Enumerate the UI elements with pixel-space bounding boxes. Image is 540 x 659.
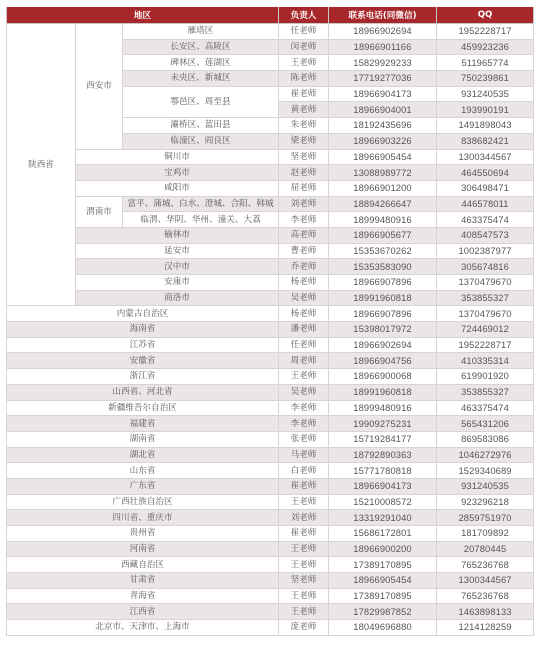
table-row: 广西壮族自治区王老师15210008572923296218 (7, 494, 534, 510)
contact-person-cell: 乔老师 (279, 259, 329, 275)
contact-person-cell: 王老师 (279, 494, 329, 510)
table-row: 浙江省王老师18966900068619901920 (7, 369, 534, 385)
contact-person-cell: 闵老师 (279, 39, 329, 55)
city-cell: 西安市 (76, 24, 123, 150)
phone-cell: 18966905454 (329, 149, 437, 165)
region-cell: 湖南省 (7, 431, 279, 447)
phone-cell: 17719277036 (329, 71, 437, 87)
region-cell: 安徽省 (7, 353, 279, 369)
contact-person-cell: 高老师 (279, 227, 329, 243)
table-row: 甘肃省坚老师189669054541300344567 (7, 573, 534, 589)
region-cell: 河南省 (7, 541, 279, 557)
contact-person-cell: 马老师 (279, 447, 329, 463)
table-row: 陕西省西安市雁塔区任老师189669026941952228717 (7, 24, 534, 40)
qq-cell: 1491898043 (437, 118, 534, 134)
district-cell: 临潼区、阎良区 (123, 133, 279, 149)
qq-cell: 1370479670 (437, 275, 534, 291)
contact-person-cell: 坚老师 (279, 149, 329, 165)
region-cell: 内蒙古自治区 (7, 306, 279, 322)
contact-person-cell: 屈老师 (279, 180, 329, 196)
table-row: 贵州省崔老师15686172801181709892 (7, 526, 534, 542)
phone-cell: 18966902694 (329, 337, 437, 353)
qq-cell: 353855327 (437, 290, 534, 306)
city-cell: 汉中市 (76, 259, 279, 275)
phone-cell: 13088989772 (329, 165, 437, 181)
qq-cell: 869583086 (437, 431, 534, 447)
phone-cell: 15719284177 (329, 431, 437, 447)
region-cell: 新疆维吾尔自治区 (7, 400, 279, 416)
city-cell: 商洛市 (76, 290, 279, 306)
phone-cell: 18966904173 (329, 478, 437, 494)
region-cell: 海南省 (7, 322, 279, 338)
contact-person-cell: 王老师 (279, 588, 329, 604)
phone-cell: 15210008572 (329, 494, 437, 510)
phone-cell: 18966907896 (329, 275, 437, 291)
contact-person-cell: 李老师 (279, 400, 329, 416)
district-cell: 灞桥区、蓝田县 (123, 118, 279, 134)
qq-cell: 565431206 (437, 416, 534, 432)
region-cell: 广西壮族自治区 (7, 494, 279, 510)
contact-person-cell: 曹老师 (279, 243, 329, 259)
province-cell: 陕西省 (7, 24, 76, 306)
phone-cell: 15353670262 (329, 243, 437, 259)
phone-cell: 18999480916 (329, 400, 437, 416)
qq-cell: 619901920 (437, 369, 534, 385)
phone-cell: 15398017972 (329, 322, 437, 338)
header-qq: QQ (437, 7, 534, 24)
contact-person-cell: 坚老师 (279, 573, 329, 589)
district-cell: 碑林区、莲湖区 (123, 55, 279, 71)
phone-cell: 15353583090 (329, 259, 437, 275)
qq-cell: 408547573 (437, 227, 534, 243)
contact-person-cell: 白老师 (279, 463, 329, 479)
table-row: 江西省王老师178299878521463898133 (7, 604, 534, 620)
qq-cell: 1046272976 (437, 447, 534, 463)
contact-person-cell: 王老师 (279, 369, 329, 385)
table-row: 安康市杨老师189669078961370479670 (7, 275, 534, 291)
contact-person-cell: 刘老师 (279, 196, 329, 212)
qq-cell: 1463898133 (437, 604, 534, 620)
qq-cell: 765236768 (437, 557, 534, 573)
table-row: 汉中市乔老师15353583090305674816 (7, 259, 534, 275)
qq-cell: 931240535 (437, 478, 534, 494)
qq-cell: 923296218 (437, 494, 534, 510)
phone-cell: 19909275231 (329, 416, 437, 432)
header-phone: 联系电话(同微信) (329, 7, 437, 24)
table-row: 西藏自治区王老师17389170895765236768 (7, 557, 534, 573)
contact-person-cell: 吴老师 (279, 290, 329, 306)
table-row: 河南省王老师1896690020020780445 (7, 541, 534, 557)
qq-cell: 1300344567 (437, 573, 534, 589)
table-row: 青海省王老师17389170895765236768 (7, 588, 534, 604)
district-cell: 雁塔区 (123, 24, 279, 40)
region-cell: 甘肃省 (7, 573, 279, 589)
table-row: 安徽省周老师18966904756410335314 (7, 353, 534, 369)
phone-cell: 18049696880 (329, 620, 437, 636)
phone-cell: 15829929233 (329, 55, 437, 71)
contact-person-cell: 崔老师 (279, 478, 329, 494)
contact-person-cell: 潘老师 (279, 322, 329, 338)
contact-person-cell: 陈老师 (279, 71, 329, 87)
contact-person-cell: 梁老师 (279, 133, 329, 149)
qq-cell: 20780445 (437, 541, 534, 557)
table-row: 四川省、重庆市刘老师133192910402859751970 (7, 510, 534, 526)
contact-person-cell: 朱老师 (279, 118, 329, 134)
table-row: 福建省李老师19909275231565431206 (7, 416, 534, 432)
phone-cell: 18966905677 (329, 227, 437, 243)
contact-person-cell: 王老师 (279, 541, 329, 557)
phone-cell: 15771780818 (329, 463, 437, 479)
qq-cell: 410335314 (437, 353, 534, 369)
qq-cell: 193990191 (437, 102, 534, 118)
phone-cell: 18966901166 (329, 39, 437, 55)
qq-cell: 1952228717 (437, 337, 534, 353)
qq-cell: 511965774 (437, 55, 534, 71)
phone-cell: 18966901200 (329, 180, 437, 196)
table-row: 北京市、天津市、上海市庞老师180496968801214128259 (7, 620, 534, 636)
table-row: 渭南市富平、蒲城、白水、澄城、合阳、韩城刘老师18894266647446578… (7, 196, 534, 212)
contact-person-cell: 张老师 (279, 431, 329, 447)
district-cell: 长安区、高陵区 (123, 39, 279, 55)
contact-person-cell: 王老师 (279, 557, 329, 573)
table-row: 海南省潘老师15398017972724469012 (7, 322, 534, 338)
contact-person-cell: 黄老师 (279, 102, 329, 118)
district-cell: 临渭、华阴、华州、潼关、大荔 (123, 212, 279, 228)
contact-person-cell: 刘老师 (279, 510, 329, 526)
region-cell: 江西省 (7, 604, 279, 620)
region-cell: 西藏自治区 (7, 557, 279, 573)
city-cell: 宝鸡市 (76, 165, 279, 181)
contact-person-cell: 李老师 (279, 212, 329, 228)
contact-person-cell: 王老师 (279, 604, 329, 620)
phone-cell: 18966904756 (329, 353, 437, 369)
table-row: 广东省崔老师18966904173931240535 (7, 478, 534, 494)
phone-cell: 18894266647 (329, 196, 437, 212)
phone-cell: 18966904001 (329, 102, 437, 118)
contact-person-cell: 杨老师 (279, 275, 329, 291)
qq-cell: 353855327 (437, 384, 534, 400)
region-cell: 四川省、重庆市 (7, 510, 279, 526)
phone-cell: 13319291040 (329, 510, 437, 526)
qq-cell: 2859751970 (437, 510, 534, 526)
header-region: 地区 (7, 7, 279, 24)
phone-cell: 18966905454 (329, 573, 437, 589)
table-row: 咸阳市屈老师18966901200306498471 (7, 180, 534, 196)
district-cell: 富平、蒲城、白水、澄城、合阳、韩城 (123, 196, 279, 212)
qq-cell: 306498471 (437, 180, 534, 196)
table-row: 宝鸡市赵老师13088989772464550694 (7, 165, 534, 181)
table-row: 铜川市坚老师189669054541300344567 (7, 149, 534, 165)
qq-cell: 463375474 (437, 212, 534, 228)
qq-cell: 1300344567 (437, 149, 534, 165)
phone-cell: 18966904173 (329, 86, 437, 102)
phone-cell: 17389170895 (329, 588, 437, 604)
contact-person-cell: 庞老师 (279, 620, 329, 636)
table-row: 商洛市吴老师18991960818353855327 (7, 290, 534, 306)
city-cell: 安康市 (76, 275, 279, 291)
qq-cell: 838682421 (437, 133, 534, 149)
region-cell: 北京市、天津市、上海市 (7, 620, 279, 636)
phone-cell: 18991960818 (329, 290, 437, 306)
table-row: 江苏省任老师189669026941952228717 (7, 337, 534, 353)
contact-person-cell: 任老师 (279, 24, 329, 40)
qq-cell: 305674816 (437, 259, 534, 275)
phone-cell: 15686172801 (329, 526, 437, 542)
qq-cell: 724469012 (437, 322, 534, 338)
phone-cell: 18991960818 (329, 384, 437, 400)
phone-cell: 18966903226 (329, 133, 437, 149)
qq-cell: 463375474 (437, 400, 534, 416)
contact-person-cell: 任老师 (279, 337, 329, 353)
contact-person-cell: 王老师 (279, 55, 329, 71)
qq-cell: 750239861 (437, 71, 534, 87)
qq-cell: 765236768 (437, 588, 534, 604)
table-row: 山东省白老师157717808181529340689 (7, 463, 534, 479)
region-cell: 青海省 (7, 588, 279, 604)
region-cell: 山东省 (7, 463, 279, 479)
table-row: 湖北省马老师187928903631046272976 (7, 447, 534, 463)
phone-cell: 18792890363 (329, 447, 437, 463)
contact-person-cell: 杨老师 (279, 306, 329, 322)
city-cell: 渭南市 (76, 196, 123, 227)
contact-person-cell: 吴老师 (279, 384, 329, 400)
qq-cell: 459923236 (437, 39, 534, 55)
contact-person-cell: 崔老师 (279, 86, 329, 102)
phone-cell: 18999480916 (329, 212, 437, 228)
table-body: 陕西省西安市雁塔区任老师189669026941952228717长安区、高陵区… (7, 24, 534, 636)
table-row: 山西省、河北省吴老师18991960818353855327 (7, 384, 534, 400)
region-cell: 广东省 (7, 478, 279, 494)
district-cell: 未央区、新城区 (123, 71, 279, 87)
table-row: 新疆维吾尔自治区李老师18999480916463375474 (7, 400, 534, 416)
district-cell: 鄠邑区、周至县 (123, 86, 279, 117)
phone-cell: 17829987852 (329, 604, 437, 620)
qq-cell: 1529340689 (437, 463, 534, 479)
contact-person-cell: 崔老师 (279, 526, 329, 542)
region-cell: 江苏省 (7, 337, 279, 353)
qq-cell: 464550694 (437, 165, 534, 181)
phone-cell: 18966900068 (329, 369, 437, 385)
table-row: 榆林市高老师18966905677408547573 (7, 227, 534, 243)
region-cell: 贵州省 (7, 526, 279, 542)
table-row: 内蒙古自治区杨老师189669078961370479670 (7, 306, 534, 322)
contact-person-cell: 赵老师 (279, 165, 329, 181)
phone-cell: 18966907896 (329, 306, 437, 322)
qq-cell: 1952228717 (437, 24, 534, 40)
contact-person-cell: 李老师 (279, 416, 329, 432)
city-cell: 铜川市 (76, 149, 279, 165)
header-contact-person: 负责人 (279, 7, 329, 24)
qq-cell: 446578011 (437, 196, 534, 212)
table-row: 延安市曹老师153536702621002387977 (7, 243, 534, 259)
region-cell: 湖北省 (7, 447, 279, 463)
city-cell: 榆林市 (76, 227, 279, 243)
contact-table: 地区 负责人 联系电话(同微信) QQ 陕西省西安市雁塔区任老师18966902… (6, 7, 534, 636)
table-header-row: 地区 负责人 联系电话(同微信) QQ (7, 7, 534, 24)
city-cell: 延安市 (76, 243, 279, 259)
phone-cell: 18966900200 (329, 541, 437, 557)
city-cell: 咸阳市 (76, 180, 279, 196)
phone-cell: 17389170895 (329, 557, 437, 573)
table-row: 湖南省张老师15719284177869583086 (7, 431, 534, 447)
phone-cell: 18966902694 (329, 24, 437, 40)
region-cell: 浙江省 (7, 369, 279, 385)
region-cell: 山西省、河北省 (7, 384, 279, 400)
phone-cell: 18192435696 (329, 118, 437, 134)
qq-cell: 181709892 (437, 526, 534, 542)
qq-cell: 931240535 (437, 86, 534, 102)
qq-cell: 1370479670 (437, 306, 534, 322)
region-cell: 福建省 (7, 416, 279, 432)
qq-cell: 1002387977 (437, 243, 534, 259)
contact-person-cell: 周老师 (279, 353, 329, 369)
qq-cell: 1214128259 (437, 620, 534, 636)
